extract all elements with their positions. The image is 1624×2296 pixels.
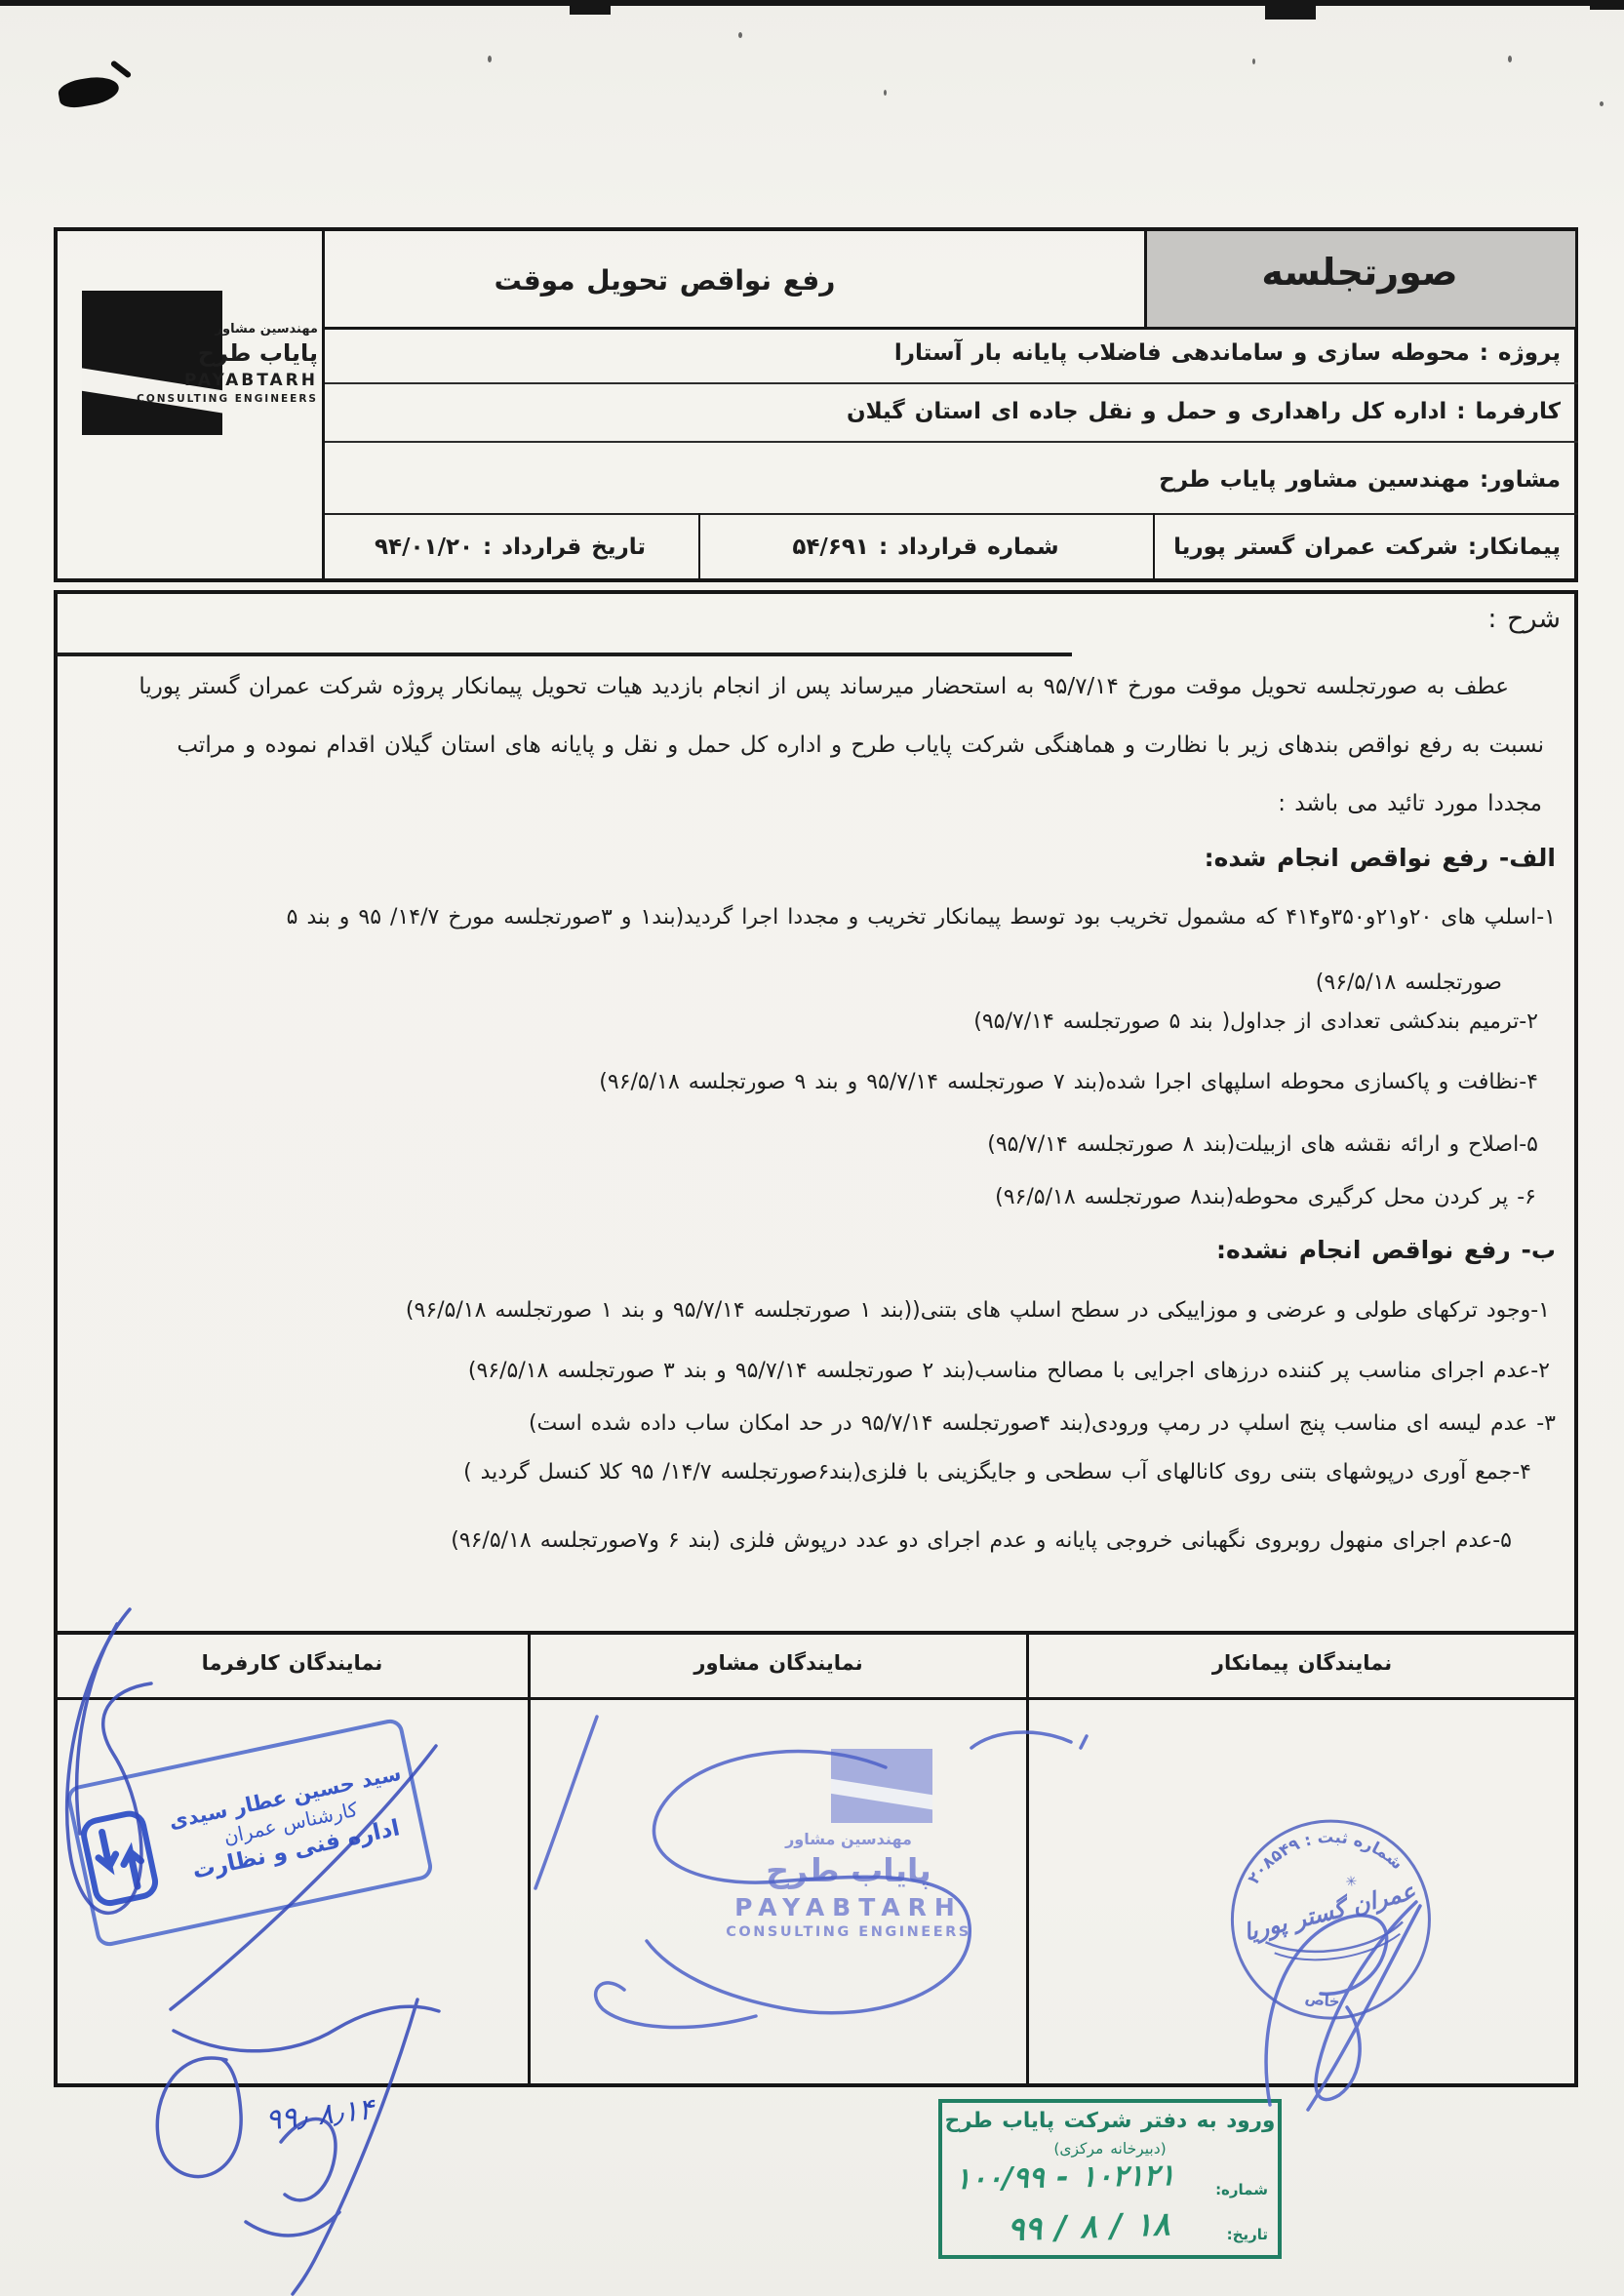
- signature-table-top-border: [54, 1631, 1578, 1635]
- scan-speck: [1600, 101, 1604, 106]
- section-a-title: الف- رفع نواقص انجام شده:: [1205, 843, 1556, 873]
- header-row-divider: [325, 382, 1578, 384]
- contractor-round-stamp: شماره ثبت : ۲۰۸۵۴۹ عمران گستر پوریا ✳ خا…: [1196, 1798, 1467, 2051]
- section-b-item-2: ۲-عدم اجرای مناسب پر کننده درزهای اجرایی…: [468, 1358, 1550, 1385]
- logo-en-line2: CONSULTING ENGINEERS: [125, 392, 318, 406]
- scan-speck: [1252, 59, 1255, 64]
- section-a-item-2: ۲-ترمیم بندکشی تعدادی از جداول( بند ۵ صو…: [973, 1009, 1538, 1036]
- contract-date-cell: تاریخ قرارداد : ۹۴/۰۱/۲۰: [322, 534, 698, 562]
- section-a-item-1-cont: صورتجلسه ۹۶/۵/۱۸): [1316, 970, 1502, 997]
- section-a-item-6: ۶- پر کردن محل کرگیری محوطه(بند۸ صورتجلس…: [995, 1184, 1536, 1211]
- section-b-item-1: ۱-وجود ترکهای طولی و عرضی و موزاییکی در …: [406, 1297, 1550, 1325]
- entry-stamp-date-label: تاریخ:: [1227, 2226, 1268, 2244]
- logo-en-line1: PAYABTARH: [125, 369, 318, 392]
- logo-fa-line2: پایاب طرح: [125, 337, 318, 369]
- sig-header-client: نمایندگان کارفرما: [57, 1650, 528, 1676]
- document-title: رفع نواقص تحویل موقت: [254, 263, 1076, 297]
- contractor-stamp-star-icon: ✳: [1345, 1874, 1358, 1890]
- scan-speck: [738, 32, 742, 38]
- client-row: کارفرما : اداره کل راهداری و حمل و نقل ج…: [847, 398, 1561, 426]
- svg-text:خاص: خاص: [1302, 1985, 1341, 2013]
- entry-stamp-date-value: ۹۹ / ۸ / ۱۸: [970, 2202, 1206, 2251]
- paragraph-line-2: نسبت به رفع نواقص بندهای زیر با نظارت و …: [177, 732, 1544, 760]
- scanned-document-page: صورتجلسه رفع نواقص تحویل موقت مهندسین مش…: [0, 0, 1624, 2296]
- section-a-item-4: ۴-نظافت و پاکسازی محوطه اسلپهای اجرا شده…: [599, 1069, 1538, 1096]
- scan-blob-artifact: [570, 0, 611, 15]
- logo-fa-line1: مهندسین مشاور: [125, 322, 318, 337]
- contractor-stamp-company-name: عمران گستر پوریا: [1241, 1877, 1419, 1948]
- ink-blob-artifact: [57, 73, 121, 110]
- logo-text-block: مهندسین مشاور پایاب طرح PAYABTARH CONSUL…: [125, 322, 318, 406]
- entry-stamp-number-value: ۱۰۰/۹۹ - ۱۰۲۱۲۱: [923, 2157, 1208, 2198]
- sig-header-contractor: نمایندگان پیمانکار: [1029, 1650, 1575, 1676]
- road-authority-emblem-icon: [75, 1804, 166, 1915]
- consultant-logo-swoosh: [831, 1777, 932, 1813]
- section-b-item-3: ۳- عدم لیسه ای مناسب پنج اسلپ در رمپ ورو…: [529, 1410, 1556, 1438]
- consultant-row: مشاور: مهندسین مشاور پایاب طرح: [1159, 466, 1561, 495]
- svg-text:شماره ثبت : ۲۰۸۵۴۹: شماره ثبت : ۲۰۸۵۴۹: [1240, 1820, 1408, 1889]
- contractor-stamp-arc-top: شماره ثبت : ۲۰۸۵۴۹: [1240, 1820, 1408, 1889]
- project-row: پروژه : محوطه سازی و ساماندهی فاضلاب پای…: [894, 339, 1561, 368]
- consultant-stamp-fa2: پایاب طرح: [654, 1849, 1044, 1892]
- header-row-divider: [322, 327, 1578, 330]
- section-b-item-5: ۵-عدم اجرای منهول روبروی نگهبانی خروجی پ…: [451, 1527, 1512, 1555]
- scan-speck: [884, 90, 887, 96]
- scan-speck: [1508, 56, 1512, 62]
- scan-blob-artifact: [1265, 0, 1316, 20]
- section-b-title: ب- رفع نواقص انجام نشده:: [1216, 1235, 1556, 1265]
- client-lower-signature3: [246, 2212, 339, 2236]
- signature-column-divider: [528, 1631, 531, 2084]
- contract-cell-divider: [1153, 513, 1155, 580]
- paragraph-line-1: عطف به صورتجلسه تحویل موقت مورخ ۹۵/۷/۱۴ …: [139, 673, 1509, 701]
- description-label: شرح :: [1487, 603, 1561, 636]
- section-a-item-1: ۱-اسلپ های ۲۰و۲۱و۳۵۰و۴۱۴ که مشمول تخریب …: [287, 904, 1556, 931]
- description-rule: [57, 653, 1072, 656]
- entry-stamp-subtitle: (دبیرخانه مرکزی): [942, 2140, 1278, 2158]
- ink-blob-tail: [110, 59, 133, 79]
- consultant-stamp: مهندسین مشاور پایاب طرح PAYABTARH CONSUL…: [654, 1830, 1044, 1942]
- consultant-stamp-en1: PAYABTARH: [654, 1892, 1044, 1923]
- contractor-stamp-arc-bottom: خاص: [1302, 1985, 1341, 2013]
- header-row-divider: [325, 441, 1578, 443]
- entry-stamp-title: ورود به دفتر شرکت پایاب طرح: [942, 2109, 1278, 2135]
- sig-header-consultant: نمایندگان مشاور: [531, 1650, 1026, 1676]
- contract-number-cell: شماره قرارداد : ۵۴/۶۹۱: [698, 534, 1153, 562]
- scan-speck: [488, 56, 492, 62]
- contractor-cell: پیمانکار: شرکت عمران گستر پوریا: [1173, 534, 1561, 562]
- consultant-stamp-en2: CONSULTING ENGINEERS: [654, 1923, 1044, 1942]
- paragraph-line-3: مجددا مورد تائید می باشد :: [1278, 790, 1542, 818]
- client-handwritten-date: ۹۹٫ ۸٫۱۴: [263, 2091, 376, 2139]
- entry-stamp-number-label: شماره:: [1215, 2181, 1268, 2199]
- meeting-minutes-badge: صورتجلسه: [1144, 250, 1575, 297]
- scan-edge-artifact: [0, 0, 1624, 6]
- section-a-item-5: ۵-اصلاح و ارائه نقشه های ازبیلت(بند ۸ صو…: [987, 1131, 1538, 1159]
- header-row-divider: [325, 513, 1578, 515]
- consultant-stamp-fa1: مهندسین مشاور: [654, 1830, 1044, 1849]
- section-b-item-4: ۴-جمع آوری درپوشهای بتنی روی کانالهای آب…: [463, 1459, 1531, 1486]
- scan-blob-artifact: [1590, 0, 1624, 10]
- signature-header-divider: [57, 1697, 1575, 1700]
- consultant-stamp-logo-icon: [831, 1749, 932, 1823]
- entry-registry-stamp: ورود به دفتر شرکت پایاب طرح (دبیرخانه مر…: [938, 2099, 1282, 2259]
